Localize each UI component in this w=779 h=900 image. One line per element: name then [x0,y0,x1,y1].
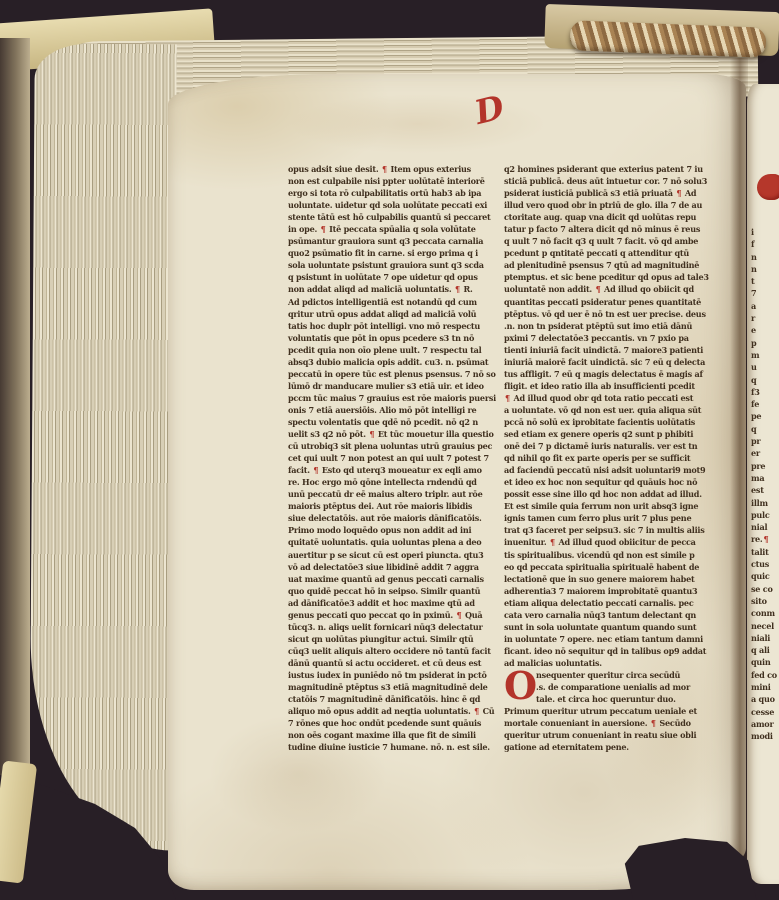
text-line: q psistunt in uolūtate 7 ope uidetur qd … [288,271,488,283]
text-span: Ad illud qo obiicit qd [601,284,693,294]
text-fragment: a quo [751,693,779,705]
text-span: eo qd peccata spiritualia spiritualē hab… [504,562,699,572]
text-span: m [751,350,759,360]
text-line: trat q3 faceret per seipsu3. sic 7 in mu… [504,524,716,536]
text-line: sunt in sola uoluntate quantum quando su… [504,621,716,633]
text-span: iustus iudex in puniēdo nō tm psiderat i… [288,670,487,680]
text-fragment: quin [751,656,779,668]
text-span: pccm tūc maius 7 grauius est rōe maioris… [288,393,496,403]
text-fragment: ma [751,472,779,484]
text-span: quitatē uoluntatis. quia uoluntas plena … [288,537,481,547]
text-span: R. [461,284,473,294]
text-span: Itē peccata spūalia q sola volūtate [327,224,476,234]
text-span: er [751,448,760,458]
text-span: qritur utrū opus addat aliqd ad maliciā … [288,309,476,319]
text-span: ptēptus. vō qd uer ē nō tn est uer preci… [504,309,706,319]
text-span: siue delectatōis. aut rōe maioris dānifi… [288,513,482,523]
text-line: in ope. ¶ Itē peccata spūalia q sola vol… [288,223,488,235]
text-span: etiam aliqua delectatio peccati carnalis… [504,598,694,608]
pilcrow-rubric: ¶ [454,284,461,294]
text-fragment: sito [751,595,779,607]
text-line: aliquo mō opus addit ad neqtia uoluntati… [288,705,488,717]
text-span: ptemptus. et sic bene pceditur qd opus a… [504,272,709,282]
text-line: ad dānificatōe3 addit et hoc maxime qtū … [288,597,488,609]
text-line: gatione ad eternitatem pene. [504,741,716,753]
text-fragment: f3 [751,386,779,398]
text-fragment: er [751,447,779,459]
text-line: 7 rōnes que hoc ondūt pcedende sunt quāu… [288,717,488,729]
text-span: Et est simile quia ferrum non urit absq3… [504,501,698,511]
text-line: psiderat iusticiā publicā s3 etiā priuat… [504,187,716,199]
text-fragment: i [751,226,779,238]
text-line: sed etiam ex genere operis q2 sunt p phi… [504,428,716,440]
text-fragment: talit [751,546,779,558]
text-span: pulc [751,510,770,520]
text-line: ptēptus. vō qd uer ē nō tn est uer preci… [504,308,716,320]
text-line: quitatē uoluntatis. quia uoluntas plena … [288,536,488,548]
text-span: opus adsit siue desit. [288,164,381,174]
text-span: gatione ad eternitatem pene. [504,742,629,752]
text-span: unū peccatū dr eē maius altero triplr. a… [288,489,482,499]
text-span: ergo si tota rō culpabilitatis ortū hab3… [288,188,481,198]
pilcrow-rubric: ¶ [504,393,511,403]
text-span: est [751,485,764,495]
text-span: f3 [751,387,760,397]
facing-page-text-fragments: ifnnt7arepmuqf3fepeqprerpremaestillmpulc… [751,226,779,742]
text-span: cet qui uult 7 non potest an qui uult 7 … [288,453,489,463]
text-span: q psistunt in uolūtate 7 ope uidetur qd … [288,272,478,282]
text-span: Secūdo [657,718,691,728]
text-span: onē dei 7 p dictamē iuris naturalis. ver… [504,441,697,451]
text-fragment: mini [751,681,779,693]
text-line: ctoritate aug. quap vna dicit qd uolūtas… [504,211,716,223]
text-fragment: pulc [751,509,779,521]
photograph-of-incunabulum-book: D opus adsit siue desit. ¶ Item opus ext… [0,0,779,900]
text-line: tūcq3. n. aliqs uelit fornicari nūq3 del… [288,621,488,633]
text-span: tatis hoc duplr pōt intelligi. vno mō re… [288,321,480,331]
text-line: Primum queritur utrum peccatum ueniale e… [504,705,716,717]
text-span: adherentia3 7 maiorem improbitatē quantu… [504,586,697,596]
text-fragment: fe [751,398,779,410]
text-span: ctatōis 7 magnitudinē dānificatōis. hinc… [288,694,480,704]
text-span: quantitas peccati psideratur penes quant… [504,297,701,307]
text-span: non est culpabile nisi ppter uolūtatē in… [288,176,485,186]
text-span: pximi 7 delectatōe3 peccantis. vn 7 pxio… [504,333,689,343]
text-line: iustus iudex in puniēdo nō tm psiderat i… [288,669,488,681]
text-span: n [751,252,757,262]
text-fragment: modi [751,730,779,742]
text-span: re. Hoc ergo mō qōne intellecta rndendū … [288,477,477,487]
text-line: sola uoluntate psistunt grauiora sunt q3… [288,259,488,271]
text-span: tūcq3. n. aliqs uelit fornicari nūq3 del… [288,622,483,632]
text-line: iniuriā maiorē facit uindictā. sic 7 eū … [504,356,716,368]
text-line: ad plenitudinē psensus 7 qtū ad magnitud… [504,259,716,271]
text-span: Ad illud quod obr qd tota ratio peccati … [511,393,693,403]
text-line: absq3 dubio malicia opis addit. cu3. n. … [288,356,488,368]
text-span: voluntatis que pōt in opus pcedere s3 tn… [288,333,474,343]
text-span: sunt in sola uoluntate quantum quando su… [504,622,696,632]
text-span: genus peccati quo peccat qo in pximū. [288,610,456,620]
text-span: mortale conueniant in auersione. [504,718,650,728]
text-span: cesse [751,707,774,717]
gutter-shadow [730,58,748,884]
text-line: uelit s3 q2 nō pōt. ¶ Et tūc mouetur ill… [288,428,488,440]
text-line: Primo modo loquēdo opus non addit ad ini [288,524,488,536]
text-span: dānū quantū si actu occideret. et cū deu… [288,658,481,668]
text-fragment: nial [751,521,779,533]
text-span: tienti iniuriā facit uindictā. 7 maiore3… [504,345,703,355]
text-span: cū utrobiq3 sit plena uoluntas utrū grau… [288,441,492,451]
text-line: tatur p facto 7 altera dicit qd nō minus… [504,223,716,235]
text-span: uelit s3 q2 nō pōt. [288,429,368,439]
text-line: uoluntate. uidetur qd sola uolūtate pecc… [288,199,488,211]
text-span: i [751,227,754,237]
section-hang-lines: nsequenter queritur circa secūdū.s. de c… [504,669,716,705]
text-span: in uoluntate 7 opere. nec etiam tantum d… [504,634,703,644]
text-span: uoluntate. uidetur qd sola uolūtate pecc… [288,200,487,210]
text-span: 7 rōnes que hoc ondūt pcedende sunt quāu… [288,718,481,728]
pilcrow-rubric: ¶ [381,164,388,174]
text-span: quin [751,657,771,667]
text-span: sed etiam ex genere operis q2 sunt p phi… [504,429,693,439]
text-span: psiderat iusticiā publicā s3 etiā priuat… [504,188,675,198]
text-line: lūmō dr manducare mulier s3 etiā uir. et… [288,380,488,392]
text-span: cata vero carnalia nūq3 tantum delectant… [504,610,696,620]
pilcrow-rubric: ¶ [473,706,480,716]
text-span: q [751,424,756,434]
text-fragment: fed co [751,669,779,681]
column-right-body: q2 homines psiderant que exterius patent… [504,163,716,669]
text-line: magnitudinē ptēptus s3 etiā magnitudinē … [288,681,488,693]
text-span: f [751,239,754,249]
text-fragment: n [751,251,779,263]
text-line: fligit. et ideo ratio illa ab insufficie… [504,380,716,392]
text-span: ma [751,473,764,483]
text-span: n [751,264,757,274]
text-span: non oēs cogant maxime illa que fit de si… [288,730,476,740]
text-line: ergo si tota rō culpabilitatis ortū hab3… [288,187,488,199]
text-line: eo qd peccata spiritualia spiritualē hab… [504,561,716,573]
text-span: pcedit quia non oīo plene uult. 7 respec… [288,345,482,355]
text-span: pccā nō solū ex iprobitate facientis uol… [504,417,695,427]
text-line: dānū quantū si actu occideret. et cū deu… [288,657,488,669]
text-line: illud vero quod obr in ptriū de glo. ill… [504,199,716,211]
text-span: vō ad delectatōe3 siue libidinē addit 7 … [288,562,479,572]
text-line: Ad pdictos intelligentiā est notandū qd … [288,296,488,308]
text-span: 7 [751,288,756,298]
text-span: Quā [462,610,482,620]
text-line: siue delectatōis. aut rōe maioris dānifi… [288,512,488,524]
text-line: pccm tūc maius 7 grauius est rōe maioris… [288,392,488,404]
text-fragment: ctus [751,558,779,570]
text-fragment: quic [751,570,779,582]
text-span: conm [751,608,775,618]
text-line: a uoluntate. vō qd non est uer. quia ali… [504,404,716,416]
text-line: quantitas peccati psideratur penes quant… [504,296,716,308]
text-line: pcedit quia non oīo plene uult. 7 respec… [288,344,488,356]
text-span: a uoluntate. vō qd non est uer. quia ali… [504,405,701,415]
text-span: Item opus exterius [388,164,471,174]
text-span: Primo modo loquēdo opus non addit ad ini [288,525,471,535]
text-span: quo quidē peccat hō in seipso. Similr qu… [288,586,480,596]
text-span: nsequenter queritur circa secūdū [536,670,680,680]
text-span: pre [751,461,765,471]
vellum-cover-edge-left [0,38,30,806]
text-span: se co [751,584,773,594]
text-span: sola uoluntate psistunt grauiora sunt q3… [288,260,484,270]
text-line: et ideo ex hoc non sequitur qd quāuis ho… [504,476,716,488]
text-line: cū utrobiq3 sit plena uoluntas utrū grau… [288,440,488,452]
text-line: maioris ptēptus dei. Aut rōe maioris lib… [288,500,488,512]
text-line: possit esse sine illo qd hoc non addat a… [504,488,716,500]
text-span: t [751,276,755,286]
text-span: onis 7 etiā auersiōis. Alio mō pōt intel… [288,405,476,415]
text-line: peccatū in opere tūc est plenus psensus.… [288,368,488,380]
text-line: sicut qn uolūtas piungitur actui. Similr… [288,633,488,645]
text-span: e [751,325,756,335]
open-page: D opus adsit siue desit. ¶ Item opus ext… [168,74,746,890]
text-span: q ali [751,645,770,655]
text-column-left: opus adsit siue desit. ¶ Item opus exter… [288,163,488,753]
text-fragment: est [751,484,779,496]
text-fragment: re.¶ [751,533,779,545]
text-span: a [751,301,756,311]
text-span: ignis tamen cum ferro plus urit 7 plus p… [504,513,691,523]
text-span: Ad pdictos intelligentiā est notandū qd … [288,297,477,307]
text-line: stente tātū est hō culpabilis quantū si … [288,211,488,223]
text-line: vō ad delectatōe3 siue libidinē addit 7 … [288,561,488,573]
text-line: .n. non tn psiderat ptēptū sut imo etiā … [504,320,716,332]
text-span: stente tātū est hō culpabilis quantū si … [288,212,491,222]
text-span: tatur p facto 7 altera dicit qd nō minus… [504,224,700,234]
text-line: onē dei 7 p dictamē iuris naturalis. ver… [504,440,716,452]
text-line: adherentia3 7 maiorem improbitatē quantu… [504,585,716,597]
text-span: tudine diuine iusticie 7 humane. nō. n. … [288,742,490,752]
text-span: a quo [751,694,775,704]
pilcrow-rubric: ¶ [320,224,327,234]
text-line: quo quidē peccat hō in seipso. Similr qu… [288,585,488,597]
text-fragment: q [751,423,779,435]
text-fragment: se co [751,583,779,595]
rubric-initial-fragment [757,174,779,200]
text-span: .n. non tn psiderat ptēptū sut imo etiā … [504,321,692,331]
text-line: auertitur p se sicut cū est operi piunct… [288,549,488,561]
text-span: possit esse sine illo qd hoc non addat a… [504,489,702,499]
text-fragment: f [751,238,779,250]
text-span: facit. [288,465,312,475]
text-line: onis 7 etiā auersiōis. Alio mō pōt intel… [288,404,488,416]
text-line: tale. et circa hoc queruntur duo. [504,693,716,705]
text-span: nial [751,522,767,532]
text-span: illud vero quod obr in ptriū de glo. ill… [504,200,702,210]
text-line: Et est simile quia ferrum non urit absq3… [504,500,716,512]
text-line: spectu volentatis que qdē nō pcedit. nō … [288,416,488,428]
text-span: fe [751,399,759,409]
text-span: trat q3 faceret per seipsu3. sic 7 in mu… [504,525,705,535]
text-line: ¶ Ad illud quod obr qd tota ratio peccat… [504,392,716,404]
text-span: auertitur p se sicut cū est operi piunct… [288,550,484,560]
text-line: q uult 7 nō facit q3 q uult 7 facit. vō … [504,235,716,247]
text-span: q [751,375,756,385]
text-line: voluntatis que pōt in opus pcedere s3 tn… [288,332,488,344]
text-fragment: pr [751,435,779,447]
text-fragment: cesse [751,706,779,718]
text-line: non addat aliqd ad maliciā uoluntatis. ¶… [288,283,488,295]
text-line: ptemptus. et sic bene pceditur qd opus a… [504,271,716,283]
text-span: ad dānificatōe3 addit et hoc maxime qtū … [288,598,475,608]
text-span: absq3 dubio malicia opis addit. cu3. n. … [288,357,488,367]
text-span: Primum queritur utrum peccatum ueniale e… [504,706,697,716]
text-span: mini [751,682,771,692]
text-span: iniuriā maiorē facit uindictā. sic 7 eū … [504,357,705,367]
text-span: in ope. [288,224,320,234]
text-span: r [751,313,755,323]
rubric-signature-letter: D [463,85,516,138]
text-span: queritur utrum conueniant in reatu siue … [504,730,696,740]
text-line: opus adsit siue desit. ¶ Item opus exter… [288,163,488,175]
text-line: cata vero carnalia nūq3 tantum delectant… [504,609,716,621]
text-line: non est culpabile nisi ppter uolūtatē in… [288,175,488,187]
text-span: et ideo ex hoc non sequitur qd quāuis ho… [504,477,697,487]
text-line: cūq3 uelit aliquis altero occidere nō ta… [288,645,488,657]
facing-page-edge: ifnnt7arepmuqf3fepeqprerpremaestillmpulc… [747,84,779,884]
text-span: sicut qn uolūtas piungitur actui. Similr… [288,634,473,644]
pilcrow-rubric: ¶ [762,534,769,544]
text-span: Ad illud quod obiicitur de pecca [556,537,696,547]
text-fragment: illm [751,497,779,509]
text-line: q2 homines psiderant que exterius patent… [504,163,716,175]
text-span: sito [751,596,767,606]
new-question-section: O nsequenter queritur circa secūdū.s. de… [504,669,716,753]
text-line: qd nihil qo fit ex parte operis per se s… [504,452,716,464]
text-line: queritur utrum conueniant in reatu siue … [504,729,716,741]
text-span: magnitudinē ptēptus s3 etiā magnitudinē … [288,682,488,692]
text-span: inuenitur. [504,537,549,547]
text-span: re. [751,534,762,544]
text-line: nsequenter queritur circa secūdū [504,669,716,681]
text-fragment: q [751,374,779,386]
text-span: niali [751,633,770,643]
text-fragment: e [751,324,779,336]
text-fragment: p [751,337,779,349]
text-line: ad faciendū peccatū nisi adsit uoluntari… [504,464,716,476]
text-line: unū peccatū dr eē maius altero triplr. a… [288,488,488,500]
text-span: illm [751,498,768,508]
text-line: pccā nō solū ex iprobitate facientis uol… [504,416,716,428]
text-fragment: pre [751,460,779,472]
text-line: uoluntatē non addit. ¶ Ad illud qo obiic… [504,283,716,295]
text-fragment: r [751,312,779,324]
text-line: tienti iniuriā facit uindictā. 7 maiore3… [504,344,716,356]
text-line: inuenitur. ¶ Ad illud quod obiicitur de … [504,536,716,548]
text-span: non addat aliqd ad maliciā uoluntatis. [288,284,454,294]
text-fragment: 7 [751,287,779,299]
text-fragment: pe [751,410,779,422]
text-line: cet qui uult 7 non potest an qui uult 7 … [288,452,488,464]
pilcrow-rubric: ¶ [650,718,657,728]
text-span: amor [751,719,773,729]
text-span: ad faciendū peccatū nisi adsit uoluntari… [504,465,705,475]
text-line: non oēs cogant maxime illa que fit de si… [288,729,488,741]
text-line: tudine diuine iusticie 7 humane. nō. n. … [288,741,488,753]
text-span: Ad [682,188,696,198]
text-line: mortale conueniant in auersione. ¶ Secūd… [504,717,716,729]
text-span: Cū [480,706,494,716]
text-span: fed co [751,670,777,680]
text-span: quic [751,571,770,581]
section-full-lines: Primum queritur utrum peccatum ueniale e… [504,705,716,753]
text-span: tis spiritualibus. vicendū qd non est si… [504,550,695,560]
text-span: quo2 psūmatio fit in carne. si ergo prim… [288,248,478,258]
text-fragment: necel [751,620,779,632]
text-span: Et tūc mouetur illa questio [375,429,493,439]
text-span: lectationē que in suo genere maiorem hab… [504,574,694,584]
text-span: modi [751,731,773,741]
text-fragment: u [751,361,779,373]
text-line: in uoluntate 7 opere. nec etiam tantum d… [504,633,716,645]
text-span: tale. et circa hoc queruntur duo. [536,694,676,704]
text-line: quo2 psūmatio fit in carne. si ergo prim… [288,247,488,259]
text-span: sticiā publicā. deus aūt intuetur cor. 7… [504,176,707,186]
text-span: talit [751,547,769,557]
text-line: etiam aliqua delectatio peccati carnalis… [504,597,716,609]
text-span: lūmō dr manducare mulier s3 etiā uir. et… [288,381,484,391]
text-fragment: t [751,275,779,287]
pilcrow-rubric: ¶ [549,537,556,547]
text-span: pcedunt p qntitatē peccati q attenditur … [504,248,689,258]
text-span: pr [751,436,760,446]
text-span: ad plenitudinē psensus 7 qtū ad magnitud… [504,260,699,270]
text-fragment: amor [751,718,779,730]
text-span: maioris ptēptus dei. Aut rōe maioris lib… [288,501,472,511]
text-fragment: niali [751,632,779,644]
text-span: psūmantur grauiora sunt q3 peccata carna… [288,236,483,246]
text-span: qd nihil qo fit ex parte operis per se s… [504,453,690,463]
text-span: peccatū in opere tūc est plenus psensus.… [288,369,496,379]
text-fragment: a [751,300,779,312]
text-span: cūq3 uelit aliquis altero occidere nō ta… [288,646,491,656]
text-line: pximi 7 delectatōe3 peccantis. vn 7 pxio… [504,332,716,344]
text-line: facit. ¶ Esto qd uterq3 moueatur ex eqli… [288,464,488,476]
text-span: spectu volentatis que qdē nō pcedit. nō … [288,417,478,427]
text-line: re. Hoc ergo mō qōne intellecta rndendū … [288,476,488,488]
text-column-right: q2 homines psiderant que exterius patent… [504,163,716,753]
text-line: uat maxime quantū ad genus peccati carna… [288,573,488,585]
text-span: ctus [751,559,769,569]
text-line: ctatōis 7 magnitudinē dānificatōis. hinc… [288,693,488,705]
text-line: psūmantur grauiora sunt q3 peccata carna… [288,235,488,247]
text-span: tus affligit. 7 eū q magis delectatus ē … [504,369,703,379]
text-line: ficant. ideo nō sequitur qd in talibus o… [504,645,716,657]
text-line: tus affligit. 7 eū q magis delectatus ē … [504,368,716,380]
text-span: uat maxime quantū ad genus peccati carna… [288,574,484,584]
text-span: p [751,338,756,348]
text-span: q uult 7 nō facit q3 q uult 7 facit. vō … [504,236,698,246]
text-line: tatis hoc duplr pōt intelligi. vno mō re… [288,320,488,332]
text-fragment: q ali [751,644,779,656]
text-span: pe [751,411,761,421]
page-edges-left-stack [29,44,177,851]
text-span: uoluntatē non addit. [504,284,595,294]
text-fragment: m [751,349,779,361]
text-span: ficant. ideo nō sequitur qd in talibus o… [504,646,706,656]
text-span: ctoritate aug. quap vna dicit qd uolūtas… [504,212,696,222]
text-span: q2 homines psiderant que exterius patent… [504,164,703,174]
text-line: sticiā publicā. deus aūt intuetur cor. 7… [504,175,716,187]
text-line: genus peccati quo peccat qo in pximū. ¶ … [288,609,488,621]
text-span: necel [751,621,774,631]
text-fragment: n [751,263,779,275]
